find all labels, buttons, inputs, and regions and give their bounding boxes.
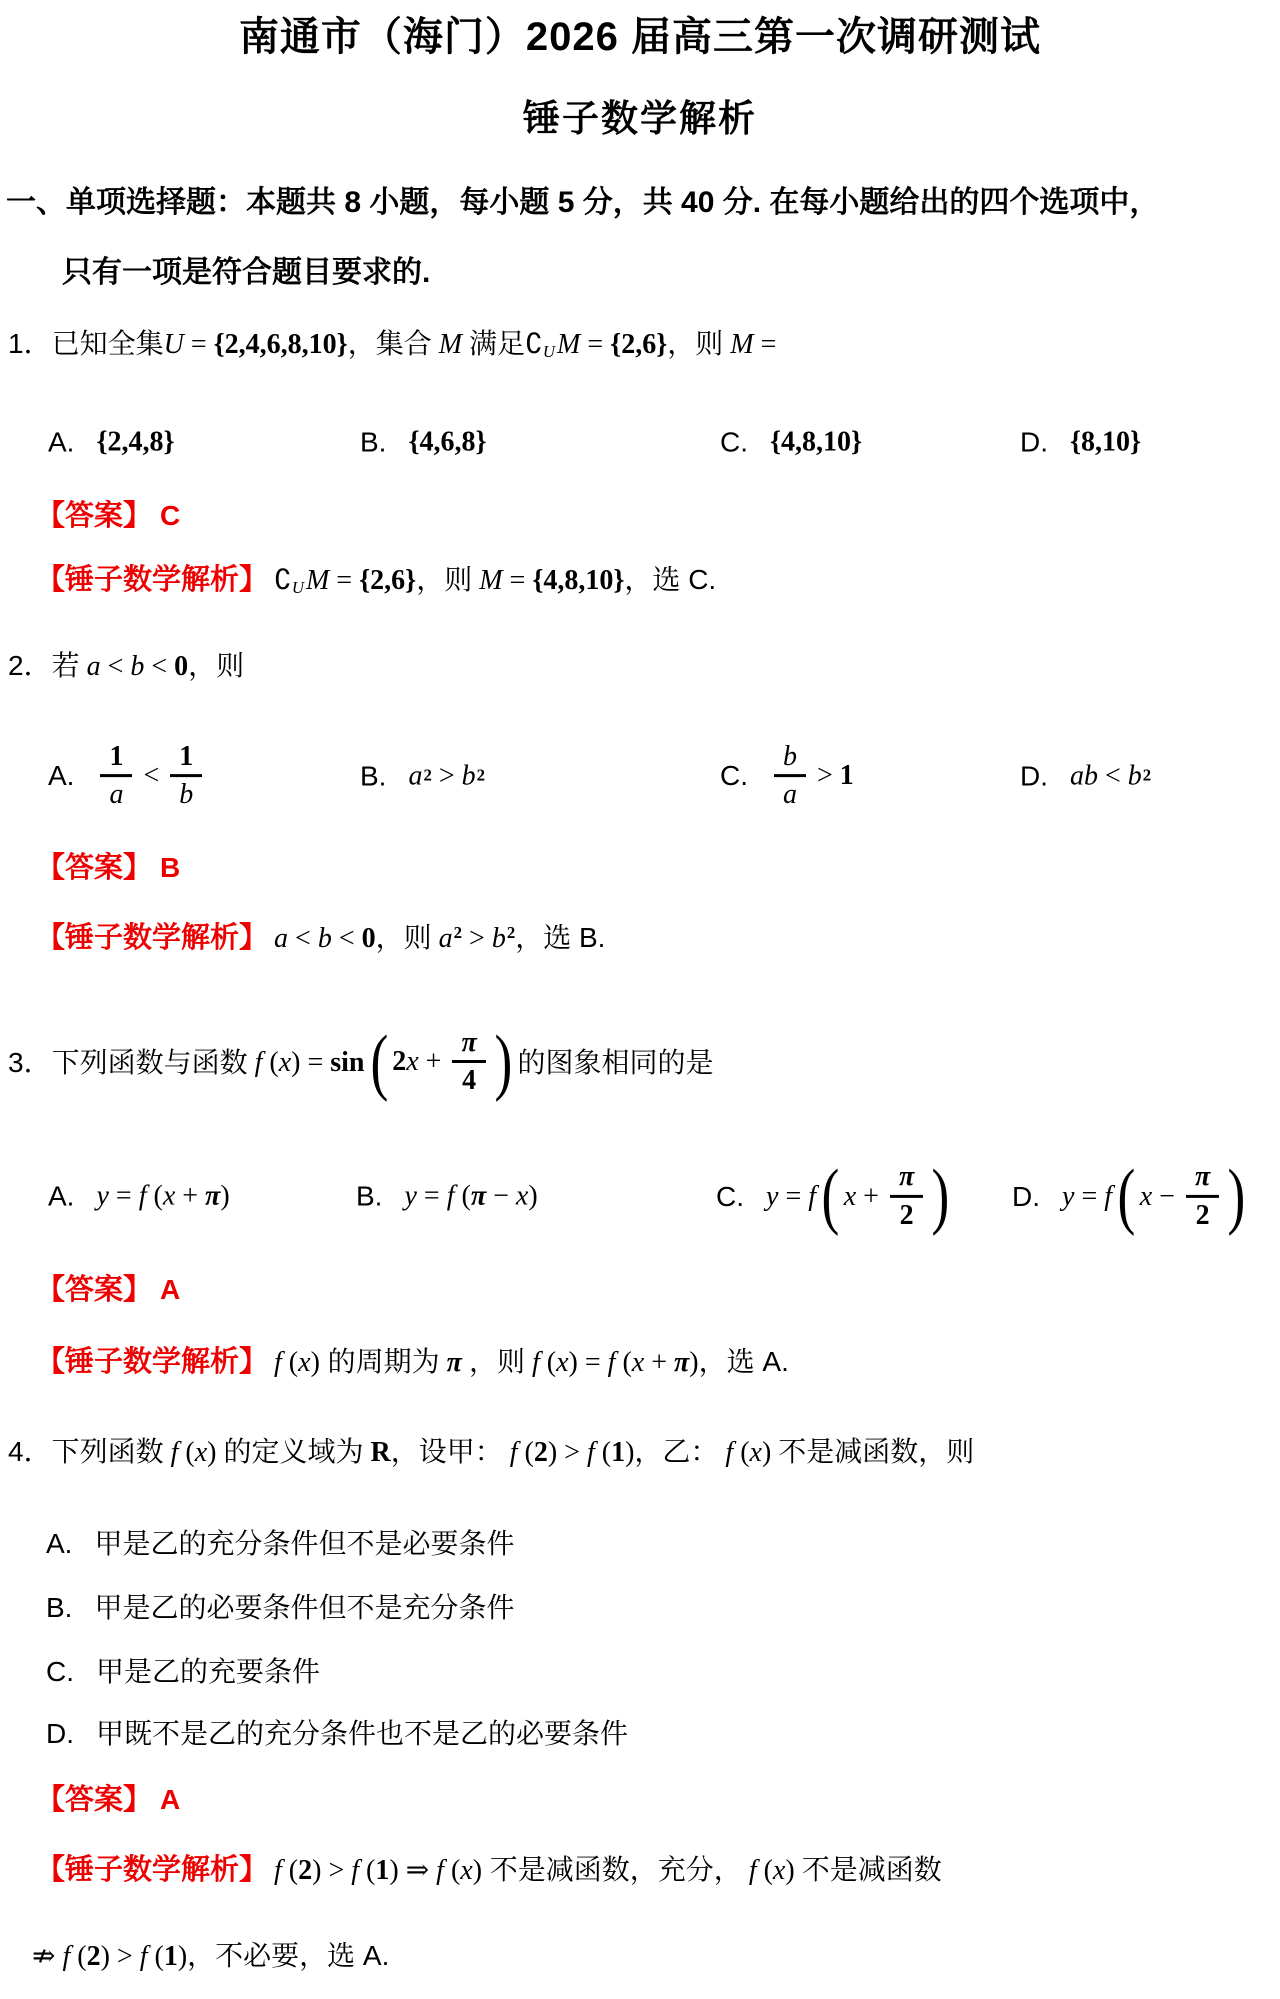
option-d-label: D. xyxy=(1020,425,1048,460)
text-run: 不是减函数，则 xyxy=(778,1436,974,1467)
question-4-answer: 【答案】A xyxy=(36,1782,180,1820)
option-a-content: y = f (x + π) xyxy=(96,1179,229,1214)
text-run: 4．下列函数 xyxy=(8,1436,164,1467)
text-run: ，选 A. xyxy=(699,1346,789,1377)
question-1-options: A.{2,4,8} B.{4,6,8} C.{4,8,10} D.{8,10} xyxy=(0,416,1280,468)
numerator: 1 xyxy=(100,742,132,777)
math-run: a < b < 0 xyxy=(80,651,189,682)
option-d: D.ab < b2 xyxy=(1020,759,1151,794)
math-run: {2,4,8} xyxy=(96,425,174,460)
text-run: 1．已知全集 xyxy=(8,328,164,359)
text-run: 3．下列函数与函数 xyxy=(8,1045,248,1080)
parenthesized-expression: (x + π2) xyxy=(818,1159,953,1233)
option-c: C.{4,8,10} xyxy=(720,425,862,460)
analysis-content: ∁UM = {2,6}，则 M = {4,8,10}，选 C. xyxy=(274,564,716,595)
math-run: a < b < 0 xyxy=(274,923,376,954)
answer-value: C xyxy=(160,500,180,531)
option-c-label: C. xyxy=(720,425,748,460)
math-run: M xyxy=(432,329,469,360)
option-d-content: y = f(x − π2) xyxy=(1062,1159,1251,1233)
question-4-option-d: D.甲既不是乙的充分条件也不是乙的必要条件 xyxy=(46,1716,628,1751)
option-c-label: C. xyxy=(46,1656,74,1687)
answer-value: B xyxy=(160,852,180,883)
text-run: ，则 xyxy=(376,922,432,953)
option-a-content: 甲是乙的充分条件但不是必要条件 xyxy=(94,1526,514,1561)
question-3-options: A.y = f (x + π) B.y = f (π − x) C.y = f(… xyxy=(0,1142,1280,1250)
question-3-answer: 【答案】A xyxy=(36,1272,180,1310)
superscript: 2 xyxy=(507,923,515,942)
question-2-stem: 2．若 a < b < 0，则 xyxy=(8,648,244,684)
question-2-analysis: 【锤子数学解析】a < b < 0，则 a2 > b2，选 B. xyxy=(36,920,605,958)
numerator: 1 xyxy=(170,742,202,777)
answer-value: A xyxy=(160,1784,180,1815)
option-b-content: 甲是乙的必要条件但不是充分条件 xyxy=(94,1590,514,1625)
question-3-stem: 3．下列函数与函数 f (x) = sin(2x + π4)的图象相同的是 xyxy=(8,1012,713,1112)
superscript: 2 xyxy=(1143,766,1151,787)
question-4-stem: 4．下列函数 f (x) 的定义域为 R，设甲： f (2) > f (1)，乙… xyxy=(8,1434,974,1470)
text-run: 2．若 xyxy=(8,650,80,681)
left-paren: ( xyxy=(821,1159,839,1233)
math-run: f (x) xyxy=(718,1437,778,1468)
analysis-content: f (x) 的周期为 π ，则 f (x) = f (x + π)，选 A. xyxy=(274,1346,789,1377)
text-run: ，乙： xyxy=(634,1436,718,1467)
denominator: 2 xyxy=(1187,1197,1219,1229)
right-paren: ) xyxy=(932,1159,950,1233)
question-4-analysis: 【锤子数学解析】f (2) > f (1) ⇒ f (x) 不是减函数，充分， … xyxy=(36,1852,942,1890)
option-a-content: {2,4,8} xyxy=(96,425,174,460)
right-paren: ) xyxy=(1228,1159,1246,1233)
superscript: 2 xyxy=(454,923,462,942)
math-run: {4,8,10} xyxy=(770,425,862,460)
question-4-option-b: B.甲是乙的必要条件但不是充分条件 xyxy=(46,1590,514,1625)
question-2-options: A.1a < 1b B.a2 > b2 C.ba > 1 D.ab < b2 xyxy=(0,734,1280,818)
numerator: π xyxy=(1186,1162,1219,1197)
math-run: π xyxy=(440,1347,469,1378)
option-c-content: 甲是乙的充要条件 xyxy=(96,1654,320,1689)
left-paren: ( xyxy=(370,1025,388,1099)
option-a-label: A. xyxy=(48,1179,74,1214)
text-run: ，则 xyxy=(188,650,244,681)
text-run: 甲是乙的充要条件 xyxy=(96,1654,320,1689)
text-run: 甲是乙的必要条件但不是充分条件 xyxy=(94,1590,514,1625)
question-3-analysis: 【锤子数学解析】f (x) 的周期为 π ，则 f (x) = f (x + π… xyxy=(36,1344,789,1382)
option-c-label: C. xyxy=(720,759,748,794)
math-run: ∁ xyxy=(274,565,292,596)
math-run: x − xyxy=(1140,1178,1182,1213)
parenthesized-expression: (2x + π4) xyxy=(367,1025,516,1099)
math-run: {4,6,8} xyxy=(408,425,486,460)
option-d: D.y = f(x − π2) xyxy=(1012,1159,1251,1233)
text-run: ，选 B. xyxy=(515,922,605,953)
option-a-label: A. xyxy=(46,1528,72,1559)
math-run: y = f (x + π) xyxy=(96,1179,229,1214)
option-d-content: 甲既不是乙的充分条件也不是乙的必要条件 xyxy=(96,1716,628,1751)
text-run: 满足 xyxy=(469,328,525,359)
option-b-content: {4,6,8} xyxy=(408,425,486,460)
option-a-label: A. xyxy=(48,759,74,794)
analysis-label: 【锤子数学解析】 xyxy=(36,564,268,596)
math-run: f (x) = f (x + π) xyxy=(525,1347,699,1378)
option-b-content: y = f (π − x) xyxy=(404,1179,537,1214)
superscript: 2 xyxy=(423,766,431,787)
math-run: f (x) xyxy=(164,1437,224,1468)
denominator: b xyxy=(170,778,202,810)
text-run: ，则 xyxy=(667,328,723,359)
text-run: 的定义域为 xyxy=(223,1436,363,1467)
denominator: 2 xyxy=(891,1197,923,1229)
fraction: 1b xyxy=(170,742,202,810)
answer-label: 【答案】 xyxy=(36,1784,152,1816)
text-run: 的周期为 xyxy=(320,1346,440,1377)
subscript: U xyxy=(292,578,304,597)
option-a: A.1a < 1b xyxy=(48,742,206,810)
option-c-content: y = f(x + π2) xyxy=(766,1159,955,1233)
option-d-content: {8,10} xyxy=(1070,425,1141,460)
analysis-label: 【锤子数学解析】 xyxy=(36,1346,268,1378)
denominator: 4 xyxy=(453,1063,485,1095)
answer-label: 【答案】 xyxy=(36,500,152,532)
option-d-content: ab < b2 xyxy=(1070,759,1151,794)
question-4-option-c: C.甲是乙的充要条件 xyxy=(46,1654,320,1689)
math-run: f (2) > f (1) xyxy=(503,1437,635,1468)
fraction: ba xyxy=(774,742,806,810)
text-run: 不是减函数，充分， xyxy=(482,1854,742,1885)
math-run: M = {4,8,10} xyxy=(472,565,624,596)
option-b-content: a2 > b2 xyxy=(408,759,485,794)
question-2-answer: 【答案】B xyxy=(36,850,180,888)
question-1-analysis: 【锤子数学解析】∁UM = {2,6}，则 M = {4,8,10}，选 C. xyxy=(36,562,716,600)
left-paren: ( xyxy=(1117,1159,1135,1233)
right-paren: ) xyxy=(494,1025,512,1099)
text-run: ，选 C. xyxy=(624,564,716,595)
option-b: B.{4,6,8} xyxy=(360,425,487,460)
superscript: 2 xyxy=(477,766,485,787)
option-c-content: ba > 1 xyxy=(770,742,854,810)
math-run: M = {2,6} xyxy=(306,565,416,596)
math-run: y = f xyxy=(1062,1178,1112,1213)
option-b: B.y = f (π − x) xyxy=(356,1179,538,1214)
math-run: M = xyxy=(723,329,776,360)
math-run: f (2) > f (1) ⇒ f (x) xyxy=(274,1855,482,1886)
section-heading-line2: 只有一项是符合题目要求的. xyxy=(62,254,430,292)
math-run: {8,10} xyxy=(1070,425,1141,460)
option-c-content: {4,8,10} xyxy=(770,425,862,460)
subscript: U xyxy=(543,342,555,361)
option-b: B.a2 > b2 xyxy=(360,759,485,794)
text-run: ，则 xyxy=(469,1346,525,1377)
text-run: ，集合 xyxy=(348,328,432,359)
analysis-label: 【锤子数学解析】 xyxy=(36,922,268,954)
analysis-content: a < b < 0，则 a2 > b2，选 B. xyxy=(274,922,605,953)
math-run: > b xyxy=(462,923,506,954)
exam-document: 南通市（海门）2026 届高三第一次调研测试 锤子数学解析 一、单项选择题：本题… xyxy=(0,0,1280,1999)
function-name: sin xyxy=(330,1045,364,1080)
question-4-option-a: A.甲是乙的充分条件但不是必要条件 xyxy=(46,1526,514,1561)
option-b-label: B. xyxy=(46,1592,72,1623)
fraction: 1a xyxy=(100,742,132,810)
option-a: A.{2,4,8} xyxy=(48,425,175,460)
text-run: 甲是乙的充分条件但不是必要条件 xyxy=(94,1526,514,1561)
analysis-content: f (2) > f (1) ⇒ f (x) 不是减函数，充分， f (x) 不是… xyxy=(274,1854,942,1885)
answer-label: 【答案】 xyxy=(36,1274,152,1306)
answer-label: 【答案】 xyxy=(36,852,152,884)
math-run: ⇏ f (2) > f (1) xyxy=(32,1941,187,1972)
numerator: b xyxy=(774,742,806,777)
option-d-label: D. xyxy=(46,1718,74,1749)
numerator: π xyxy=(890,1162,923,1197)
option-a-label: A. xyxy=(48,425,74,460)
text-run: 甲既不是乙的充分条件也不是乙的必要条件 xyxy=(96,1716,628,1751)
math-run: y = f (π − x) xyxy=(404,1179,537,1214)
math-run: a xyxy=(432,923,453,954)
function-name: R xyxy=(363,1437,390,1468)
math-run: 2x + xyxy=(392,1044,448,1079)
math-run: x + xyxy=(844,1178,886,1213)
math-run: ∁ xyxy=(525,329,543,360)
math-run: f (x) xyxy=(274,1347,320,1378)
question-1-answer: 【答案】C xyxy=(36,498,180,536)
document-title: 南通市（海门）2026 届高三第一次调研测试 xyxy=(0,12,1280,62)
math-run: M = {2,6} xyxy=(557,329,667,360)
document-subtitle: 锤子数学解析 xyxy=(0,96,1280,142)
text-run: 的图象相同的是 xyxy=(517,1045,713,1080)
math-run: U = {2,4,6,8,10} xyxy=(164,329,348,360)
math-run: > 1 xyxy=(810,759,854,794)
question-4-analysis-line2: ⇏ f (2) > f (1)，不必要，选 A. xyxy=(32,1938,389,1975)
math-run: ab < b xyxy=(1070,759,1142,794)
option-c: C.y = f(x + π2) xyxy=(716,1159,955,1233)
analysis-label: 【锤子数学解析】 xyxy=(36,1854,268,1886)
answer-value: A xyxy=(160,1274,180,1305)
text-run: 不是减函数 xyxy=(802,1854,942,1885)
text-run: ，不必要，选 A. xyxy=(187,1940,389,1971)
math-run: f (x) xyxy=(742,1855,802,1886)
math-run: < xyxy=(136,759,166,794)
numerator: π xyxy=(452,1028,485,1063)
option-b-label: B. xyxy=(356,1179,382,1214)
math-run: y = f xyxy=(766,1178,816,1213)
option-d: D.{8,10} xyxy=(1020,425,1141,460)
parenthesized-expression: (x − π2) xyxy=(1114,1159,1249,1233)
text-run: ，则 xyxy=(416,564,472,595)
fraction: π2 xyxy=(1186,1162,1219,1230)
fraction: π4 xyxy=(452,1028,485,1096)
option-b-label: B. xyxy=(360,759,386,794)
option-c: C.ba > 1 xyxy=(720,742,854,810)
option-c-label: C. xyxy=(716,1178,744,1213)
fraction: π2 xyxy=(890,1162,923,1230)
math-run: > b xyxy=(432,759,476,794)
denominator: a xyxy=(774,778,806,810)
math-run: a xyxy=(408,759,422,794)
option-d-label: D. xyxy=(1020,759,1048,794)
text-run: ，设甲： xyxy=(391,1436,503,1467)
denominator: a xyxy=(100,778,132,810)
option-a: A.y = f (x + π) xyxy=(48,1179,230,1214)
question-1-stem: 1．已知全集U = {2,4,6,8,10}，集合 M 满足∁UM = {2,6… xyxy=(8,326,776,363)
math-run: f (x) = xyxy=(248,1045,331,1080)
option-b-label: B. xyxy=(360,425,386,460)
option-d-label: D. xyxy=(1012,1178,1040,1213)
option-a-content: 1a < 1b xyxy=(96,742,206,810)
section-heading-line1: 一、单项选择题：本题共 8 小题，每小题 5 分，共 40 分. 在每小题给出的… xyxy=(6,184,1159,222)
